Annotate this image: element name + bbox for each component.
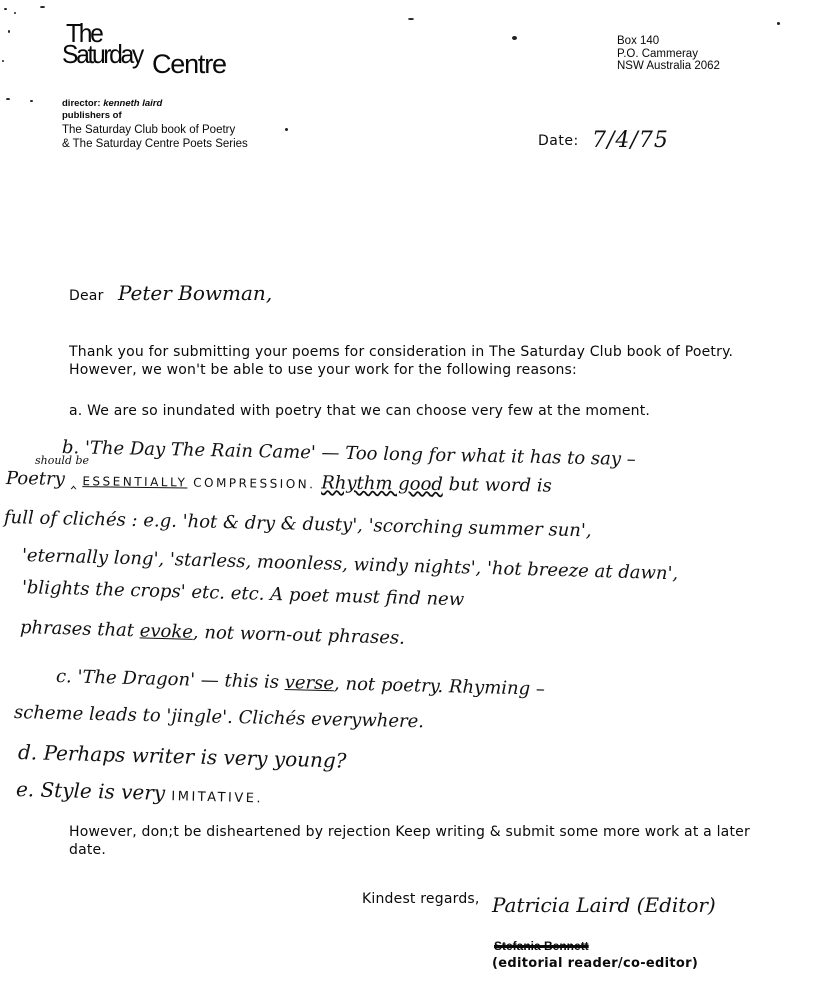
speck bbox=[8, 30, 10, 33]
speck bbox=[2, 60, 4, 62]
speck bbox=[30, 100, 33, 102]
speck bbox=[408, 18, 414, 20]
note-c-line-2: scheme leads to 'jingle'. Clichés everyw… bbox=[14, 702, 424, 732]
intro-paragraph: Thank you for submitting your poems for … bbox=[69, 343, 789, 379]
speck bbox=[40, 6, 45, 8]
speck bbox=[6, 98, 10, 100]
logo-centre: Centre bbox=[152, 52, 226, 76]
speck bbox=[777, 22, 780, 25]
date-label: Date: bbox=[538, 133, 579, 149]
note-b-line-6-start: phrases that bbox=[20, 617, 140, 641]
note-b-line-5: 'blights the crops' etc. etc. A poet mus… bbox=[22, 577, 465, 610]
note-rhythm-good: Rhythm good bbox=[321, 472, 443, 495]
salutation-greeting: Dear bbox=[69, 287, 104, 305]
closing-paragraph: However, don;t be disheartened by reject… bbox=[69, 823, 789, 859]
note-b-line-6-end: , not worn-out phrases. bbox=[193, 622, 406, 649]
note-b-line-2: Poetry ‸ ESSENTIALLY COMPRESSION. Rhythm… bbox=[6, 468, 552, 497]
note-c-line-1: c. 'The Dragon' — this is verse, not poe… bbox=[56, 666, 545, 700]
recipient-name: Peter Bowman, bbox=[118, 281, 272, 305]
note-verse: verse bbox=[284, 672, 334, 694]
note-b-line-1: b. 'The Day The Rain Came' — Too long fo… bbox=[62, 437, 636, 470]
note-b-line-5-text: 'blights the crops' etc. etc. A poet mus… bbox=[22, 577, 465, 610]
date-value: 7/4/75 bbox=[592, 128, 669, 153]
address-line-3: NSW Australia 2062 bbox=[617, 60, 720, 73]
note-b-insert: should be bbox=[35, 454, 89, 467]
editor-signature: Patricia Laird (Editor) bbox=[492, 893, 716, 917]
speck bbox=[14, 12, 16, 14]
speck bbox=[512, 36, 517, 40]
address-line-2: P.O. Cammeray bbox=[617, 48, 720, 61]
note-b-line-3: full of clichés : e.g. 'hot & dry & dust… bbox=[4, 507, 592, 541]
note-b-line-2-start: Poetry ‸ bbox=[6, 468, 83, 490]
reason-a: a. We are so inundated with poetry that … bbox=[69, 402, 650, 420]
struck-out-name: Stefania Bennett bbox=[494, 939, 589, 953]
note-compression: COMPRESSION. bbox=[193, 476, 316, 492]
note-e-line-start: e. Style is very bbox=[16, 777, 172, 805]
address-block: Box 140 P.O. Cammeray NSW Australia 2062 bbox=[617, 35, 720, 73]
note-e-line: e. Style is very IMITATIVE. bbox=[16, 777, 264, 807]
speck bbox=[4, 8, 7, 10]
speck bbox=[285, 128, 288, 131]
note-b-line-4: 'eternally long', 'starless, moonless, w… bbox=[22, 545, 679, 584]
note-imitative: IMITATIVE. bbox=[171, 789, 263, 806]
signer-role: (editorial reader/co-editor) bbox=[492, 956, 698, 971]
publication-2: & The Saturday Centre Poets Series bbox=[62, 137, 248, 151]
kindest-regards: Kindest regards, bbox=[362, 890, 480, 908]
note-b-line-6: phrases that evoke, not worn-out phrases… bbox=[20, 617, 406, 649]
note-essentially: ESSENTIALLY bbox=[82, 474, 187, 489]
director-line: director: kenneth laird bbox=[62, 98, 162, 110]
note-b-line-2-end: but word is bbox=[448, 474, 551, 496]
note-evoke: evoke bbox=[139, 620, 193, 642]
director-name: kenneth laird bbox=[103, 98, 162, 109]
director-label: director: bbox=[62, 98, 101, 109]
note-c-line-1-start: c. 'The Dragon' — this is bbox=[56, 666, 285, 693]
note-c-line-1-end: , not poetry. Rhyming – bbox=[334, 673, 545, 700]
publishers-label: publishers of bbox=[62, 110, 122, 122]
note-d-line: d. Perhaps writer is very young? bbox=[18, 740, 347, 773]
publication-1: The Saturday Club book of Poetry bbox=[62, 123, 235, 137]
logo-saturday: Saturday bbox=[62, 43, 142, 65]
address-line-1: Box 140 bbox=[617, 35, 720, 48]
